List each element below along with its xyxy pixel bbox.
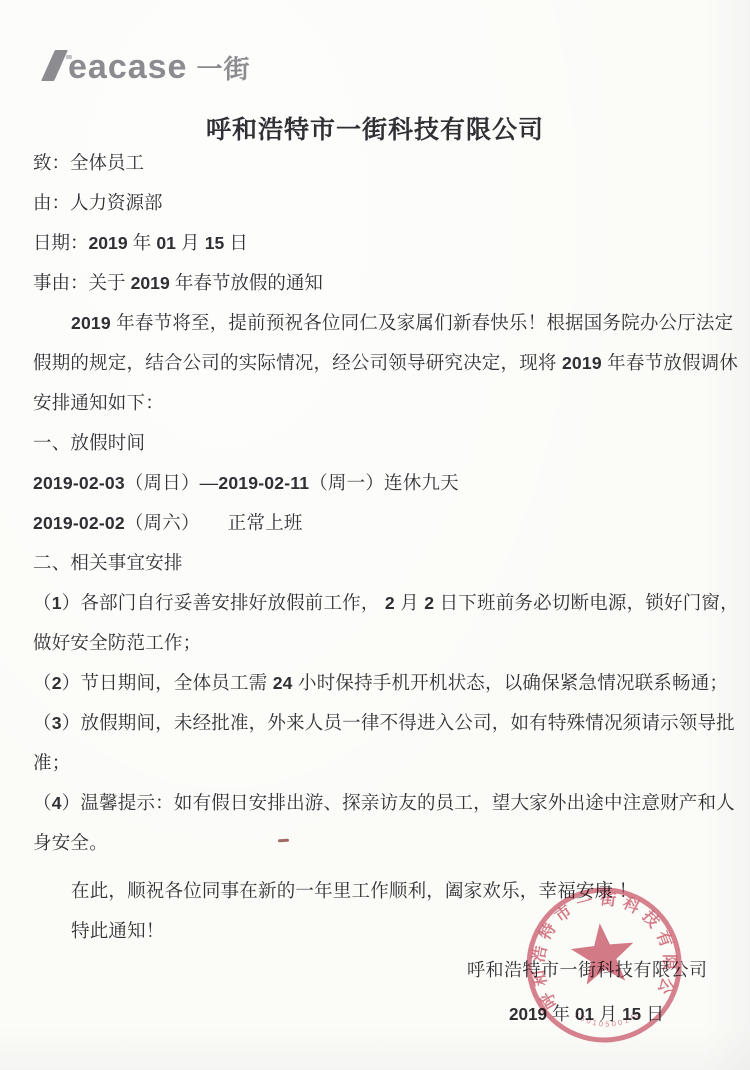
- doc-line: 假期的规定，结合公司的实际情况，经公司领导研究决定，现将 2019 年春节放假调…: [33, 343, 750, 383]
- scan-artifact-fleck: [66, 55, 72, 59]
- seal-code-text: 15010500140: [572, 1004, 644, 1033]
- document-title: 呼和浩特市一街科技有限公司: [0, 110, 750, 146]
- star-icon: [568, 920, 637, 986]
- workday-line: 2019-02-02（周六） 正常上班: [33, 503, 750, 543]
- doc-line: 准；: [33, 743, 750, 783]
- doc-line: 2019 年春节将至，提前预祝各位同仁及家属们新春快乐！根据国务院办公厅法定: [33, 303, 750, 343]
- body-text: 2019 年春节将至，提前预祝各位同仁及家属们新春快乐！根据国务院办公厅法定 假…: [33, 303, 750, 951]
- holiday-dates-line: 2019-02-03（周日）—2019-02-11（周一）连休九天: [33, 463, 750, 503]
- meta-date: 日期：2019 年 01 月 15 日: [33, 223, 733, 263]
- logo-slash-icon: [41, 50, 68, 81]
- doc-line: 安排通知如下：: [33, 383, 750, 423]
- meta-subject: 事由：关于 2019 年春节放假的通知: [33, 263, 733, 303]
- doc-line: 身安全。: [33, 823, 750, 863]
- svg-text:15010500140: 15010500140: [572, 1004, 644, 1033]
- doc-line: （3）放假期间，未经批准，外来人员一律不得进入公司，如有特殊情况须请示领导批: [33, 703, 750, 743]
- company-seal-stamp: 呼和浩特市一街科技有限公司 15010500140: [512, 876, 696, 1053]
- logo-brand-cjk: 一街: [196, 56, 250, 82]
- section-heading-holiday-time: 一、放假时间: [33, 423, 750, 463]
- meta-block: 致：全体员工 由：人力资源部 日期：2019 年 01 月 15 日 事由：关于…: [33, 143, 733, 303]
- doc-line: （1）各部门自行妥善安排好放假前工作， 2 月 2 日下班前务必切断电源，锁好门…: [33, 583, 750, 623]
- company-logo: eacase 一街: [48, 50, 250, 84]
- doc-line: （4）温馨提示：如有假日安排出游、探亲访友的员工，望大家外出途中注意财产和人: [33, 783, 750, 823]
- scanned-notice-document: eacase 一街 呼和浩特市一街科技有限公司 致：全体员工 由：人力资源部 日…: [0, 0, 750, 1070]
- meta-from: 由：人力资源部: [33, 183, 733, 223]
- doc-line: （2）节日期间，全体员工需 24 小时保持手机开机状态，以确保紧急情况联系畅通；: [33, 663, 750, 703]
- logo-brand-text: eacase: [68, 50, 187, 84]
- section-heading-arrangements: 二、相关事宜安排: [33, 543, 750, 583]
- doc-line: 做好安全防范工作；: [33, 623, 750, 663]
- meta-to: 致：全体员工: [33, 143, 733, 183]
